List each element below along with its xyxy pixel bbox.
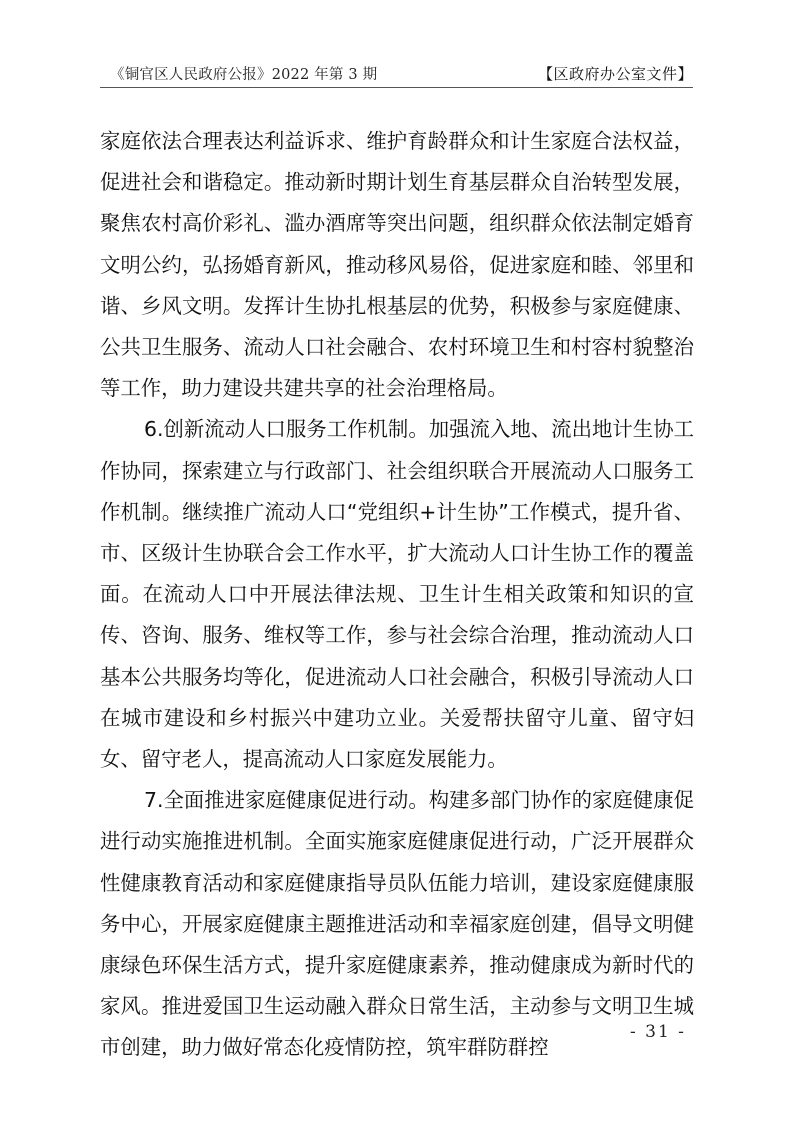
document-body: 家庭依法合理表达利益诉求、维护育龄群众和计生家庭合法权益，促进社会和谐稳定。推动… [100,121,694,1069]
publication-title: 《铜官区人民政府公报》2022 年第 3 期 [100,63,377,84]
page-number: - 31 - [630,1022,686,1042]
paragraph-item-7: 7.全面推进家庭健康促进行动。构建多部门协作的家庭健康促进行动实施推进机制。全面… [100,780,694,1068]
paragraph-continuation: 家庭依法合理表达利益诉求、维护育龄群众和计生家庭合法权益，促进社会和谐稳定。推动… [100,121,694,409]
section-label: 【区政府办公室文件】 [538,63,693,84]
running-header: 《铜官区人民政府公报》2022 年第 3 期 【区政府办公室文件】 [100,62,693,88]
paragraph-item-6: 6.创新流动人口服务工作机制。加强流入地、流出地计生协工作协同，探索建立与行政部… [100,409,694,780]
